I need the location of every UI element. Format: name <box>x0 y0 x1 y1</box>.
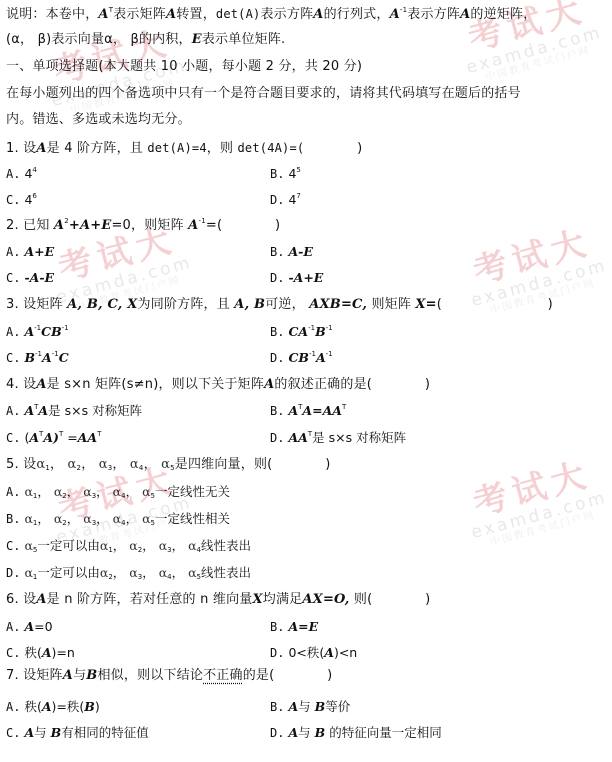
question-7-option-b: B. A与 B等价 <box>270 699 350 715</box>
question-4-option-c: C. (ATA)T =AAT <box>6 430 101 446</box>
text: 表示方阵 <box>260 7 313 22</box>
option-label: D. <box>270 351 284 365</box>
question-2-option-c: C. -A-E <box>6 270 54 286</box>
text: 是 s×n 矩阵(s≠n)，则以下关于矩阵 <box>47 377 264 392</box>
text: 设矩阵 <box>23 668 63 683</box>
math-symbol: A <box>42 645 52 660</box>
question-6-option-b: B. A=E <box>270 619 318 635</box>
question-6-option-d: D. 0<秩(A)<n <box>270 645 357 661</box>
subscript: 3 <box>92 519 96 527</box>
math-expression: det(A)=4 <box>147 141 206 155</box>
question-3-stem: 3. 设矩阵 A, B, C, X为同阶方阵，且 A, B可逆， AXB=C, … <box>6 297 553 313</box>
math-symbol: B <box>51 725 62 740</box>
option-label: C. <box>6 193 20 207</box>
vector-symbol: α <box>24 511 32 526</box>
math-expression: -A-E <box>24 270 54 285</box>
vector-symbol: α <box>142 484 150 499</box>
answer-blank[interactable] <box>372 592 425 607</box>
text: 的是( <box>243 668 275 683</box>
math-symbol: B <box>315 324 326 339</box>
math-expression: AA <box>288 430 307 445</box>
section-instruction-1: 在每小题列出的四个备选项中只有一个是符合题目要求的，请将其代码填写在题后的括号 <box>6 86 521 102</box>
math-expression: +A+E <box>69 218 112 233</box>
question-1-option-c: C. 46 <box>6 192 37 208</box>
question-6-stem: 6. 设A是 n 阶方阵，若对任意的 n 维向量X均满足AX=O, 则( ) <box>6 592 430 608</box>
text: ) <box>95 699 100 714</box>
vector-symbol: α <box>113 511 121 526</box>
math-symbol: CB <box>288 350 309 365</box>
question-6-option-c: C. 秩(A)=n <box>6 645 75 661</box>
superscript: 4 <box>32 166 36 174</box>
math-symbol: B <box>315 699 326 714</box>
math-expression: X= <box>415 297 436 312</box>
watermark-text: 考试大 <box>460 454 605 525</box>
option-label: A. <box>6 167 20 181</box>
subscript: 4 <box>139 464 144 472</box>
text: 则矩阵 <box>371 297 411 312</box>
question-2-stem: 2. 已知 A2+A+E=0，则矩阵 A-1=( ) <box>6 218 280 234</box>
vector-symbol: α <box>68 457 77 472</box>
subscript: 1 <box>45 464 50 472</box>
math-symbol: A <box>36 592 46 607</box>
text: 的特征向量一定相同 <box>329 725 442 740</box>
subscript: 3 <box>167 546 171 554</box>
vector-symbol: α <box>161 457 170 472</box>
question-1-option-b: B. 45 <box>270 166 301 182</box>
math-expression: A) <box>43 430 59 445</box>
text: 是四维向量，则( <box>175 457 273 472</box>
superscript: 6 <box>32 192 36 200</box>
vector-symbol: α <box>129 565 137 580</box>
preamble-line-2: (α， β)表示向量α， β的内积，E表示单位矩阵. <box>6 32 285 48</box>
math-symbol: A <box>390 7 400 22</box>
question-3-option-d: D. CB-1A-1 <box>270 350 333 366</box>
option-label: C. <box>6 726 20 740</box>
math-expression: A+E <box>24 244 54 259</box>
text: =0 <box>34 619 52 634</box>
math-symbol: A <box>24 324 34 339</box>
text: )=秩( <box>52 699 85 714</box>
vector-symbol: α <box>83 484 91 499</box>
text: 设 <box>23 141 36 156</box>
question-3-option-b: B. CA-1B-1 <box>270 324 333 340</box>
text: 等价 <box>325 699 350 714</box>
math-symbol: B <box>24 350 35 365</box>
question-number: 1. <box>6 141 19 156</box>
subscript: 2 <box>138 546 142 554</box>
option-label: B. <box>270 167 284 181</box>
subscript: 2 <box>77 464 82 472</box>
math-expression: A-E <box>288 244 312 259</box>
math-symbol: A <box>288 699 298 714</box>
text: )<n <box>334 645 357 660</box>
text: 设 <box>23 377 36 392</box>
text: 有相同的特征值 <box>61 725 149 740</box>
superscript: -1 <box>52 350 59 358</box>
question-number: 6. <box>6 592 19 607</box>
math-symbol: B <box>86 668 97 683</box>
answer-blank[interactable] <box>274 668 327 683</box>
math-symbol: A <box>24 403 34 418</box>
option-label: D. <box>6 566 20 580</box>
vector-symbol: α <box>24 538 32 553</box>
option-label: A. <box>6 700 20 714</box>
vector-symbol: α <box>188 565 196 580</box>
text: 为同阶方阵，且 <box>138 297 230 312</box>
subscript: 2 <box>62 492 66 500</box>
question-number: 4. <box>6 377 19 392</box>
question-4-option-a: A. ATA是 s×s 对称矩阵 <box>6 403 142 419</box>
option-label: A. <box>6 245 20 259</box>
math-symbol: A <box>29 430 39 445</box>
watermark-domain: examda.com <box>464 24 604 78</box>
text: 与 <box>298 699 311 714</box>
vector-symbol: α <box>159 538 167 553</box>
math-symbol: A <box>98 7 108 22</box>
math-symbol: B <box>84 699 95 714</box>
option-label: B. <box>270 620 284 634</box>
math-expression: A, B <box>234 297 265 312</box>
question-6-option-a: A. A=0 <box>6 619 53 635</box>
text: 一定可以由 <box>37 565 100 580</box>
superscript: T <box>342 403 346 411</box>
text: 与 <box>298 725 311 740</box>
text: =0，则矩阵 <box>111 218 183 233</box>
math-symbol: A <box>24 619 34 634</box>
text: 与 <box>34 725 47 740</box>
option-label: C. <box>6 271 20 285</box>
text: = <box>63 430 77 445</box>
question-4-option-d: D. AAT是 s×s 对称矩阵 <box>270 430 406 446</box>
text: 转置， <box>176 7 216 22</box>
math-expression: A, B, C, X <box>67 297 137 312</box>
text: 的叙述正确的是( <box>274 377 372 392</box>
text: 一定线性相关 <box>155 511 230 526</box>
text: (α， β)表示向量α， β的内积， <box>6 32 192 47</box>
vector-symbol: α <box>142 511 150 526</box>
vector-symbol: α <box>83 511 91 526</box>
math-symbol: A <box>313 7 323 22</box>
text: 则( <box>350 592 373 607</box>
question-5-option-b: B. α1， α2， α3， α4， α5一定线性相关 <box>6 511 230 527</box>
math-expression: AA <box>78 430 97 445</box>
watermark-subtitle: 中国教育考试门户网 <box>474 506 612 554</box>
math-symbol: A <box>24 725 34 740</box>
vector-symbol: α <box>113 484 121 499</box>
question-7-stem: 7. 设矩阵A与B相似，则以下结论不正确的是( ) <box>6 668 332 684</box>
question-7-option-a: A. 秩(A)=秩(B) <box>6 699 100 715</box>
math-symbol: C <box>59 350 69 365</box>
text: 设 <box>23 592 36 607</box>
subscript: 1 <box>33 492 37 500</box>
subscript: 3 <box>138 573 142 581</box>
subscript: 4 <box>121 492 125 500</box>
vector-symbol: α <box>99 457 108 472</box>
question-5-option-d: D. α1一定可以由α2， α3， α4， α5线性表出 <box>6 565 251 581</box>
answer-blank[interactable] <box>372 377 425 392</box>
math-symbol: A <box>324 645 334 660</box>
text: 是 4 阶方阵，且 <box>47 141 143 156</box>
math-symbol: A <box>36 141 46 156</box>
question-number: 3. <box>6 297 19 312</box>
text: ) <box>548 297 553 312</box>
option-label: B. <box>270 700 284 714</box>
math-expression: A=E <box>288 619 318 634</box>
text: 表示方阵 <box>407 7 460 22</box>
option-label: B. <box>270 325 284 339</box>
vector-symbol: α <box>24 565 32 580</box>
vector-symbol: α <box>36 457 45 472</box>
option-label: B. <box>6 512 20 526</box>
math-symbol: A <box>264 377 274 392</box>
subscript: 2 <box>108 573 112 581</box>
subscript: 3 <box>92 492 96 500</box>
question-7-option-d: D. A与 B 的特征向量一定相同 <box>270 725 442 741</box>
option-label: D. <box>270 431 284 445</box>
text: 说明：本卷中， <box>6 7 98 22</box>
text: 已知 <box>23 218 49 233</box>
option-label: A. <box>6 485 20 499</box>
math-symbol: A <box>460 7 470 22</box>
text: ) <box>275 218 280 233</box>
watermark-text: 考试大 <box>460 222 605 293</box>
math-expression: A=AA <box>302 403 342 418</box>
preamble-line-1: 说明：本卷中，AT表示矩阵A转置，det(A)表示方阵A的行列式，A-1表示方阵… <box>6 6 536 23</box>
vector-symbol: α <box>129 538 137 553</box>
math-symbol: CA <box>288 324 308 339</box>
math-expression: AXB=C, <box>309 297 367 312</box>
text: 线性表出 <box>201 565 251 580</box>
text: 是 n 阶方阵，若对任意的 n 维向量 <box>47 592 253 607</box>
option-label: B. <box>270 245 284 259</box>
text: ) <box>325 457 330 472</box>
question-3-option-a: A. A-1CB-1 <box>6 324 69 340</box>
option-label: D. <box>270 646 284 660</box>
question-1-option-a: A. 44 <box>6 166 37 182</box>
subscript: 4 <box>167 573 171 581</box>
question-4-stem: 4. 设A是 s×n 矩阵(s≠n)，则以下关于矩阵A的叙述正确的是( ) <box>6 377 430 393</box>
watermark-subtitle: 中国教育考试门户网 <box>469 41 607 89</box>
question-5-stem: 5. 设α1， α2， α3， α4， α5是四维向量，则( ) <box>6 457 331 473</box>
emphasis-text: 不正确 <box>203 668 243 683</box>
text: 秩( <box>24 699 41 714</box>
math-symbol: X <box>252 592 262 607</box>
math-symbol: A <box>166 7 176 22</box>
math-expression: det(4A)=( <box>238 141 305 155</box>
math-symbol: A <box>63 668 73 683</box>
question-number: 7. <box>6 668 19 683</box>
text: 设矩阵 <box>23 297 63 312</box>
vector-symbol: α <box>130 457 139 472</box>
subscript: 4 <box>121 519 125 527</box>
text: 表示单位矩阵. <box>202 32 286 47</box>
superscript: T <box>97 430 101 438</box>
math-symbol: A <box>288 725 298 740</box>
text: 的行列式， <box>324 7 390 22</box>
vector-symbol: α <box>188 538 196 553</box>
text: =( <box>206 218 222 233</box>
math-symbol: CB <box>41 324 62 339</box>
text: ) <box>425 377 430 392</box>
question-2-option-d: D. -A+E <box>270 270 323 286</box>
vector-symbol: α <box>24 484 32 499</box>
math-expression: -A+E <box>288 270 323 285</box>
text: 相似，则以下结论 <box>97 668 203 683</box>
option-label: D. <box>270 271 284 285</box>
question-1-stem: 1. 设A是 4 阶方阵，且 det(A)=4，则 det(4A)=( ) <box>6 140 362 157</box>
text: 秩( <box>24 645 41 660</box>
subscript: 1 <box>33 519 37 527</box>
answer-blank[interactable] <box>222 218 275 233</box>
question-2-option-a: A. A+E <box>6 244 54 260</box>
text: 0<秩( <box>288 645 324 660</box>
text: 线性表出 <box>201 538 251 553</box>
question-2-option-b: B. A-E <box>270 244 313 260</box>
question-7-option-c: C. A与 B有相同的特征值 <box>6 725 149 741</box>
math-expression: AX=O, <box>302 592 349 607</box>
option-label: D. <box>270 193 284 207</box>
question-4-option-b: B. ATA=AAT <box>270 403 346 419</box>
section-instruction-2: 内。错选、多选或未选均无分。 <box>6 112 191 128</box>
math-symbol: A <box>38 403 48 418</box>
math-symbol: A <box>316 350 326 365</box>
superscript: -1 <box>62 324 69 332</box>
answer-blank[interactable] <box>442 297 548 312</box>
question-1-option-d: D. 47 <box>270 192 301 208</box>
question-5-option-a: A. α1， α2， α3， α4， α5一定线性无关 <box>6 484 230 500</box>
text: 可逆， <box>265 297 305 312</box>
watermark-domain: examda.com <box>469 489 609 543</box>
subscript: 3 <box>108 464 113 472</box>
answer-blank[interactable] <box>304 141 357 156</box>
answer-blank[interactable] <box>272 457 325 472</box>
math-symbol: A <box>42 699 52 714</box>
superscript: -1 <box>35 350 42 358</box>
text: 的逆矩阵， <box>470 7 536 22</box>
superscript: -1 <box>198 217 205 225</box>
text: ，则 <box>207 141 233 156</box>
option-label: C. <box>6 351 20 365</box>
question-number: 2. <box>6 218 19 233</box>
text: ) <box>327 668 332 683</box>
question-3-option-c: C. B-1A-1C <box>6 350 69 366</box>
text: )=n <box>52 645 75 660</box>
superscript: 5 <box>296 166 300 174</box>
math-symbol: B <box>315 725 326 740</box>
text: ) <box>425 592 430 607</box>
option-label: D. <box>270 726 284 740</box>
text: 一定线性无关 <box>155 484 230 499</box>
math-expression: det(A) <box>216 7 261 21</box>
option-label: A. <box>6 404 20 418</box>
option-label: B. <box>270 404 284 418</box>
text: 一定可以由 <box>37 538 100 553</box>
math-symbol: A <box>54 218 64 233</box>
math-symbol: E <box>192 32 202 47</box>
text: 是 s×s 对称矩阵 <box>48 403 142 418</box>
superscript: 7 <box>296 192 300 200</box>
section-title: 一、单项选择题(本大题共 10 小题，每小题 2 分，共 20 分) <box>6 59 362 75</box>
option-label: C. <box>6 539 20 553</box>
text: 是 s×s 对称矩阵 <box>312 430 406 445</box>
math-symbol: A <box>188 218 198 233</box>
text: 与 <box>73 668 86 683</box>
superscript: -1 <box>326 350 333 358</box>
question-5-option-c: C. α5一定可以由α1， α2， α3， α4线性表出 <box>6 538 251 554</box>
watermark-lower-right: 考试大 examda.com 中国教育考试门户网 <box>460 454 612 554</box>
option-label: A. <box>6 325 20 339</box>
text: 设 <box>23 457 36 472</box>
math-symbol: A <box>42 350 52 365</box>
question-number: 5. <box>6 457 19 472</box>
subscript: 2 <box>62 519 66 527</box>
superscript: -1 <box>326 324 333 332</box>
vector-symbol: α <box>159 565 167 580</box>
text: 均满足 <box>263 592 303 607</box>
math-symbol: A <box>288 403 298 418</box>
subscript: 1 <box>108 546 112 554</box>
math-symbol: A <box>36 377 46 392</box>
text: 表示矩阵 <box>113 7 166 22</box>
option-label: C. <box>6 646 20 660</box>
text: ) <box>357 141 362 156</box>
option-label: A. <box>6 620 20 634</box>
superscript: -1 <box>309 350 316 358</box>
option-label: C. <box>6 431 20 445</box>
